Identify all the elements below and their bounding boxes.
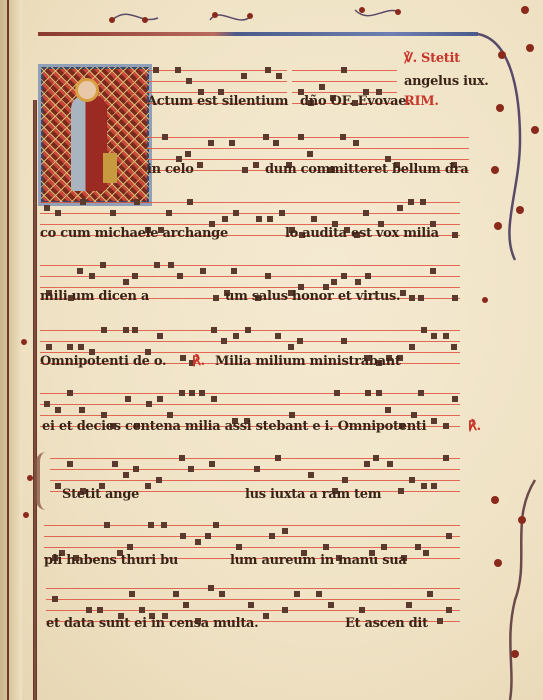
lyric-line: co cum michaele archange	[40, 226, 228, 241]
neume-note	[452, 232, 458, 238]
neume-note	[275, 455, 281, 461]
censer-icon	[103, 153, 117, 183]
lyric-line: ei et decies centena milia assi stebant …	[42, 419, 426, 434]
neume-note	[421, 483, 427, 489]
neume-note	[79, 407, 85, 413]
neume-note	[166, 210, 172, 216]
neume-note	[67, 390, 73, 396]
neume-note	[418, 390, 424, 396]
neume-note	[123, 279, 129, 285]
staff-line	[147, 148, 469, 149]
lyric-line: Actum est silentium	[147, 94, 288, 109]
neume-note	[132, 273, 138, 279]
neume-note	[208, 585, 214, 591]
neume-note	[406, 602, 412, 608]
neume-note	[365, 390, 371, 396]
neume-note	[180, 355, 186, 361]
neume-note	[341, 273, 347, 279]
neume-note	[245, 327, 251, 333]
neume-note	[443, 455, 449, 461]
neume-note	[364, 461, 370, 467]
neume-note	[275, 333, 281, 339]
rubric-text: ℣. Stetit	[404, 51, 460, 66]
neume-note	[125, 396, 131, 402]
neume-note	[253, 162, 259, 168]
neume-note	[430, 268, 436, 274]
neume-note	[256, 216, 262, 222]
neume-note	[153, 67, 159, 73]
neume-note	[288, 344, 294, 350]
neume-note	[168, 262, 174, 268]
neume-note	[67, 461, 73, 467]
neume-note	[197, 162, 203, 168]
neume-note	[46, 344, 52, 350]
neume-note	[222, 216, 228, 222]
neume-note	[409, 295, 415, 301]
neume-note	[408, 199, 414, 205]
neume-note	[341, 67, 347, 73]
staff-line	[40, 276, 460, 277]
lyric-line: um salus honor et virtus.	[225, 289, 400, 304]
neume-note	[282, 607, 288, 613]
neume-note	[398, 488, 404, 494]
staff-line	[40, 213, 460, 214]
neume-note	[409, 477, 415, 483]
manuscript-page: Actum est silentiumdño OF. Evovae.℣. Ste…	[0, 0, 543, 700]
neume-note	[385, 407, 391, 413]
staff-line	[44, 547, 460, 548]
neume-note	[276, 73, 282, 79]
neume-note	[199, 390, 205, 396]
lyric-line: angelus iux.	[404, 74, 489, 89]
angel-figure	[71, 95, 107, 191]
lyric-line: Omnipotenti de o.	[40, 354, 166, 369]
staff-line	[292, 81, 397, 82]
neume-note	[446, 533, 452, 539]
neume-note	[77, 268, 83, 274]
lyric-line: mili um dicen a	[40, 289, 149, 304]
neume-note	[248, 602, 254, 608]
neume-note	[179, 455, 185, 461]
staff-line	[40, 341, 460, 342]
neume-note	[139, 607, 145, 613]
neume-note	[279, 210, 285, 216]
neume-note	[282, 528, 288, 534]
neume-note	[446, 607, 452, 613]
neume-note	[331, 279, 337, 285]
staff-line	[40, 404, 460, 405]
neume-note	[415, 544, 421, 550]
neume-note	[342, 477, 348, 483]
neume-note	[89, 273, 95, 279]
angel-head-halo	[78, 81, 96, 99]
vine-ornament-top	[100, 0, 430, 40]
neume-note	[297, 338, 303, 344]
neume-note	[55, 407, 61, 413]
neume-note	[112, 461, 118, 467]
neume-note	[294, 591, 300, 597]
neume-note	[100, 262, 106, 268]
neume-note	[340, 134, 346, 140]
neume-note	[173, 591, 179, 597]
neume-note	[104, 522, 110, 528]
neume-note	[219, 591, 225, 597]
neume-note	[205, 533, 211, 539]
neume-note	[373, 455, 379, 461]
neume-note	[162, 134, 168, 140]
neume-note	[183, 602, 189, 608]
lyric-line: in celo	[147, 162, 194, 177]
neume-note	[265, 67, 271, 73]
neume-note	[233, 210, 239, 216]
neume-note	[211, 396, 217, 402]
lyric-line: et data sunt ei in censa multa.	[46, 616, 258, 631]
neume-note	[381, 544, 387, 550]
neume-note	[420, 199, 426, 205]
neume-note	[97, 607, 103, 613]
neume-note	[44, 205, 50, 211]
neume-note	[269, 533, 275, 539]
neume-note	[431, 333, 437, 339]
neume-note	[78, 344, 84, 350]
neume-note	[123, 327, 129, 333]
neume-note	[52, 596, 58, 602]
neume-note	[233, 333, 239, 339]
neume-note	[101, 412, 107, 418]
neume-note	[229, 140, 235, 146]
neume-note	[307, 151, 313, 157]
neume-note	[242, 167, 248, 173]
neume-note	[363, 210, 369, 216]
gutter-edge	[7, 0, 9, 700]
neume-note	[341, 338, 347, 344]
staff-line	[40, 352, 460, 353]
neume-note	[195, 539, 201, 545]
neume-note	[437, 618, 443, 624]
neume-note	[185, 151, 191, 157]
neume-note	[334, 390, 340, 396]
lyric-line: dum committeret bellum dra	[265, 162, 468, 177]
neume-note	[200, 268, 206, 274]
neume-note	[311, 216, 317, 222]
neume-note	[452, 396, 458, 402]
neume-note	[213, 295, 219, 301]
neume-note	[55, 210, 61, 216]
neume-note	[133, 466, 139, 472]
neume-note	[289, 412, 295, 418]
neume-note	[157, 333, 163, 339]
neume-note	[411, 412, 417, 418]
neume-note	[418, 295, 424, 301]
neume-note	[129, 591, 135, 597]
neume-note	[359, 607, 365, 613]
neume-note	[452, 295, 458, 301]
lyric-line: dño OF. Evovae.	[300, 94, 410, 109]
staff-line	[44, 536, 460, 537]
neume-note	[208, 140, 214, 146]
neume-note	[175, 67, 181, 73]
neume-note	[316, 591, 322, 597]
lyric-line: lum aureum in manu sua	[230, 553, 407, 568]
rubric-text: ℟.	[192, 354, 205, 369]
neume-note	[146, 401, 152, 407]
neume-note	[156, 477, 162, 483]
neume-note	[167, 412, 173, 418]
neume-note	[323, 544, 329, 550]
neume-note	[221, 338, 227, 344]
neume-note	[423, 550, 429, 556]
neume-note	[180, 533, 186, 539]
neume-note	[265, 273, 271, 279]
neume-note	[80, 199, 86, 205]
neume-note	[355, 279, 361, 285]
neume-note	[134, 199, 140, 205]
neume-note	[236, 544, 242, 550]
historiated-initial	[38, 64, 152, 206]
neume-note	[376, 390, 382, 396]
neume-note	[154, 262, 160, 268]
neume-note	[161, 522, 167, 528]
neume-note	[443, 423, 449, 429]
neume-note	[263, 134, 269, 140]
staff-line	[40, 393, 460, 394]
lyric-line: Et ascen dit	[345, 616, 428, 631]
neume-note	[67, 344, 73, 350]
staff-line	[147, 81, 287, 82]
neume-note	[365, 273, 371, 279]
neume-note	[451, 344, 457, 350]
lyric-line: lo audita est vox milia	[285, 226, 439, 241]
neume-note	[187, 199, 193, 205]
neume-note	[308, 472, 314, 478]
neume-note	[123, 472, 129, 478]
neume-note	[127, 544, 133, 550]
neume-note	[44, 401, 50, 407]
staff-line	[50, 480, 460, 481]
neume-note	[263, 613, 269, 619]
neume-note	[148, 522, 154, 528]
neume-note	[177, 273, 183, 279]
neume-note	[431, 418, 437, 424]
neume-note	[431, 483, 437, 489]
staff-line	[40, 202, 460, 203]
staff-line	[50, 458, 460, 459]
neume-note	[231, 268, 237, 274]
neume-note	[213, 522, 219, 528]
staff-line	[46, 610, 460, 611]
neume-note	[427, 591, 433, 597]
neume-note	[110, 210, 116, 216]
neume-note	[319, 84, 325, 90]
neume-note	[132, 327, 138, 333]
staff-line	[46, 599, 460, 600]
neume-note	[328, 602, 334, 608]
neume-note	[241, 73, 247, 79]
lyric-line: Milia milium ministrabant	[215, 354, 401, 369]
neume-note	[397, 205, 403, 211]
neume-note	[186, 78, 192, 84]
staff-line	[40, 224, 460, 225]
neume-note	[387, 461, 393, 467]
neume-note	[145, 483, 151, 489]
neume-note	[188, 466, 194, 472]
neume-note	[101, 327, 107, 333]
neume-note	[211, 327, 217, 333]
neume-note	[421, 327, 427, 333]
neume-note	[273, 140, 279, 146]
neume-note	[189, 390, 195, 396]
neume-note	[400, 290, 406, 296]
staff-line	[147, 159, 469, 160]
staff-line	[147, 137, 469, 138]
neume-note	[179, 390, 185, 396]
neume-note	[298, 134, 304, 140]
neume-note	[55, 483, 61, 489]
neume-note	[254, 466, 260, 472]
neume-note	[209, 461, 215, 467]
staff-line	[40, 287, 460, 288]
lyric-line: Stetit ange	[62, 487, 139, 502]
neume-note	[267, 216, 273, 222]
staff-line	[46, 588, 460, 589]
neume-note	[409, 344, 415, 350]
neume-note	[86, 607, 92, 613]
lyric-line: lus iuxta a ram tem	[245, 487, 381, 502]
neume-note	[157, 396, 163, 402]
neume-note	[353, 140, 359, 146]
lyric-line: pli habens thuri bu	[44, 553, 178, 568]
rubric-text: ℟.	[468, 419, 481, 434]
neume-note	[443, 333, 449, 339]
rubric-text: RIM.	[404, 94, 439, 109]
